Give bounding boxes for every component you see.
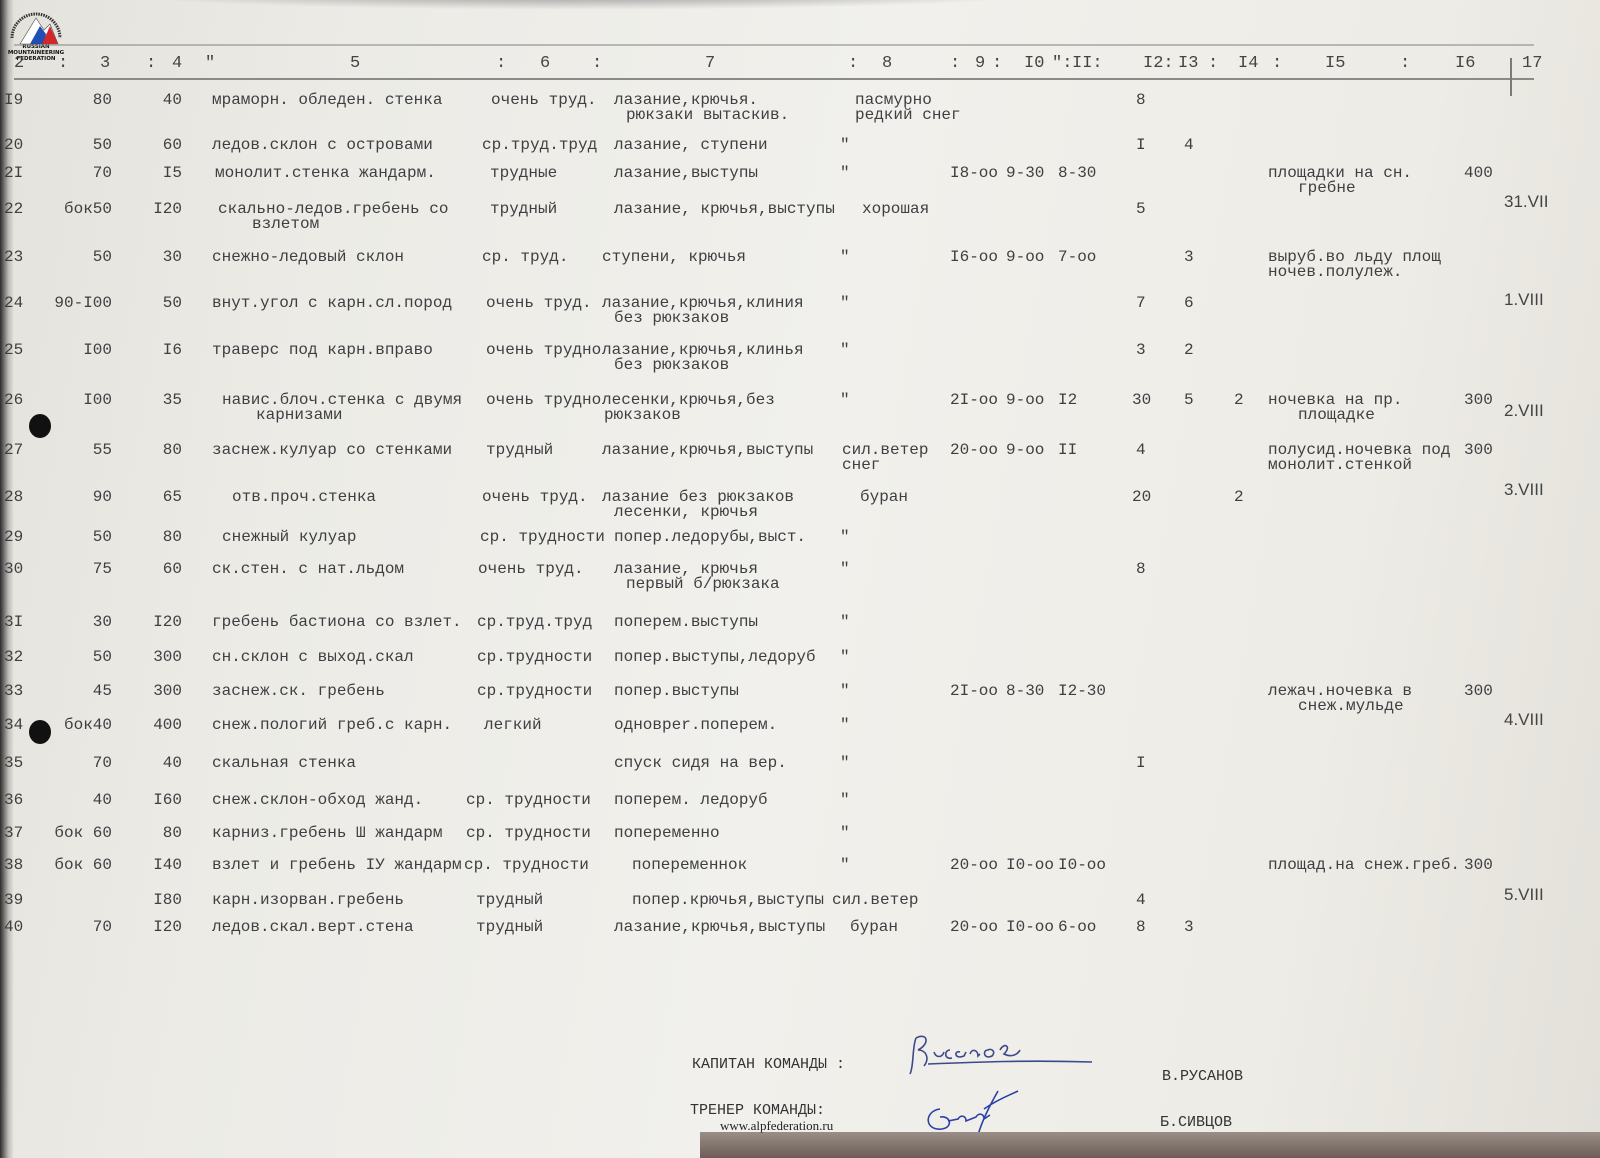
weather: " bbox=[840, 166, 850, 181]
difficulty: очень труд. bbox=[486, 296, 592, 311]
column-number: I0 bbox=[1024, 54, 1044, 73]
column-number: 9 bbox=[975, 54, 985, 73]
technique: поперем.выступы bbox=[614, 615, 758, 630]
weather: " bbox=[840, 343, 850, 358]
pitch-length: 40 bbox=[163, 93, 182, 108]
terrain-description: взлетом bbox=[252, 217, 319, 232]
row-number: 40 bbox=[4, 920, 23, 935]
terrain-description: карн.изорван.гребень bbox=[212, 893, 404, 908]
weather: снег bbox=[842, 458, 880, 473]
row-number: 29 bbox=[4, 530, 23, 545]
day-date: 2.VIII bbox=[1504, 401, 1544, 421]
pitons-rock: 5 bbox=[1136, 202, 1146, 217]
pitons-rock: 4 bbox=[1136, 443, 1146, 458]
difficulty: трудный bbox=[476, 920, 543, 935]
pitch-angle: 50 bbox=[93, 138, 112, 153]
row-number: 27 bbox=[4, 443, 23, 458]
pitch-angle: бок 60 bbox=[54, 858, 112, 873]
difficulty: очень труд. bbox=[482, 490, 588, 505]
pitons-rock: 3 bbox=[1136, 343, 1146, 358]
walking-hours: I2-30 bbox=[1058, 684, 1106, 699]
technique: лесенки, крючья bbox=[614, 505, 758, 520]
pitons-rock: I bbox=[1136, 138, 1146, 153]
technique: лазание, крючья,выступы bbox=[614, 202, 835, 217]
row-number: 25 bbox=[4, 343, 23, 358]
technique: ступени, крючья bbox=[602, 250, 746, 265]
weather: " bbox=[840, 562, 850, 577]
technique: первый б/рюкзака bbox=[626, 577, 780, 592]
weather: буран bbox=[850, 920, 898, 935]
day-date: 3.VIII bbox=[1504, 480, 1544, 500]
difficulty: ср. трудности bbox=[464, 858, 589, 873]
pitch-length: I20 bbox=[153, 920, 182, 935]
pitons-rock: 8 bbox=[1136, 920, 1146, 935]
terrain-description: ледов.скал.верт.стена bbox=[212, 920, 414, 935]
pitch-length: 40 bbox=[163, 756, 182, 771]
day-date: 31.VII bbox=[1504, 192, 1548, 212]
difficulty: очень труд. bbox=[491, 93, 597, 108]
column-number: 3 bbox=[100, 54, 110, 73]
technique: попер.выступы bbox=[614, 684, 739, 699]
column-number: 7 bbox=[705, 54, 715, 73]
column-number: I2: bbox=[1143, 54, 1174, 73]
technique: поперем. ледоруб bbox=[614, 793, 768, 808]
technique: без рюкзаков bbox=[614, 358, 729, 373]
pitons-ice: 3 bbox=[1184, 920, 1194, 935]
bivouac-note: ночев.полулеж. bbox=[1268, 265, 1402, 280]
bivouac-note: монолит.стенкой bbox=[1268, 458, 1412, 473]
end-time: 9-оо bbox=[1006, 393, 1044, 408]
difficulty: очень трудно bbox=[486, 393, 601, 408]
pitch-angle: 70 bbox=[93, 756, 112, 771]
bivouac-altitude: 300 bbox=[1464, 684, 1493, 699]
pitch-length: 400 bbox=[153, 718, 182, 733]
bivouac-note: площад.на снеж.греб. bbox=[1268, 858, 1460, 873]
header-bottom-rule bbox=[14, 78, 1534, 80]
pitch-angle: бок50 bbox=[64, 202, 112, 217]
pitch-angle: I00 bbox=[83, 343, 112, 358]
scan-shadow bbox=[80, 0, 1080, 10]
column-separator: : bbox=[992, 54, 1002, 73]
weather: " bbox=[840, 530, 850, 545]
row-number: 33 bbox=[4, 684, 23, 699]
pitch-angle: 70 bbox=[93, 166, 112, 181]
column-separator: : bbox=[1400, 54, 1410, 73]
weather: буран bbox=[860, 490, 908, 505]
weather: хорошая bbox=[862, 202, 929, 217]
column-separator: : bbox=[1208, 54, 1218, 73]
difficulty: легкий bbox=[484, 718, 542, 733]
start-time: 20-оо bbox=[950, 920, 998, 935]
column-number: I6 bbox=[1455, 54, 1475, 73]
technique: попер.ледорубы,выст. bbox=[614, 530, 806, 545]
technique: попер.выступы,ледоруб bbox=[614, 650, 816, 665]
technique: лазание,крючья,выступы bbox=[614, 920, 825, 935]
pitch-angle: бок40 bbox=[64, 718, 112, 733]
bivouac-note: площадке bbox=[1298, 408, 1375, 423]
pitch-length: 80 bbox=[163, 826, 182, 841]
terrain-description: гребень бастиона со взлет. bbox=[212, 615, 462, 630]
pitons-rock: 7 bbox=[1136, 296, 1146, 311]
difficulty: трудные bbox=[490, 166, 557, 181]
technique: без рюкзаков bbox=[614, 311, 729, 326]
row-number: 23 bbox=[4, 250, 23, 265]
pitons-rock: 8 bbox=[1136, 93, 1146, 108]
binder-hole bbox=[29, 720, 51, 744]
row-number: 28 bbox=[4, 490, 23, 505]
pitons-ice: 3 bbox=[1184, 250, 1194, 265]
column-separator: : bbox=[1272, 54, 1282, 73]
scan-bottom-edge bbox=[700, 1132, 1600, 1158]
weather: " bbox=[840, 615, 850, 630]
pitch-angle: I00 bbox=[83, 393, 112, 408]
difficulty: трудный bbox=[486, 443, 553, 458]
bivouac-altitude: 300 bbox=[1464, 858, 1493, 873]
row-number: 22 bbox=[4, 202, 23, 217]
day-date: 5.VIII bbox=[1504, 885, 1544, 905]
column-separator: : bbox=[58, 54, 68, 73]
pitons-rock: 20 bbox=[1132, 490, 1151, 505]
terrain-description: ск.стен. с нат.льдом bbox=[212, 562, 404, 577]
difficulty: ср. труд. bbox=[482, 250, 568, 265]
weather: " bbox=[840, 650, 850, 665]
terrain-description: снежно-ледовый склон bbox=[212, 250, 404, 265]
pitch-angle: 50 bbox=[93, 530, 112, 545]
difficulty: ср.труд.труд bbox=[477, 615, 592, 630]
pitons-rock: I bbox=[1136, 756, 1146, 771]
terrain-description: снеж.пологий греб.с карн. bbox=[212, 718, 452, 733]
technique: лазание, ступени bbox=[614, 138, 768, 153]
end-time: 9-оо bbox=[1006, 250, 1044, 265]
pitch-length: 60 bbox=[163, 562, 182, 577]
pitch-angle: бок 60 bbox=[54, 826, 112, 841]
terrain-description: снеж.склон-обход жанд. bbox=[212, 793, 423, 808]
technique: рюкзаков bbox=[604, 408, 681, 423]
pitch-length: 65 bbox=[163, 490, 182, 505]
weather: редкий снег bbox=[855, 108, 961, 123]
column-number: II: bbox=[1072, 54, 1103, 73]
column-17-divider bbox=[1510, 58, 1512, 96]
column-number: 8 bbox=[882, 54, 892, 73]
weather: " bbox=[840, 138, 850, 153]
terrain-description: заснеж.кулуар со стенками bbox=[212, 443, 452, 458]
row-number: I9 bbox=[4, 93, 23, 108]
row-number: 26 bbox=[4, 393, 23, 408]
terrain-description: траверс под карн.вправо bbox=[212, 343, 433, 358]
pitch-angle: 40 bbox=[93, 793, 112, 808]
pitch-angle: 55 bbox=[93, 443, 112, 458]
end-time: 8-30 bbox=[1006, 684, 1044, 699]
terrain-description: мраморн. обледен. стенка bbox=[212, 93, 442, 108]
weather: " bbox=[840, 718, 850, 733]
column-number: I3 bbox=[1178, 54, 1198, 73]
column-separator: : bbox=[496, 54, 506, 73]
end-time: 9-30 bbox=[1006, 166, 1044, 181]
weather: " bbox=[840, 756, 850, 771]
row-number: 34 bbox=[4, 718, 23, 733]
start-time: 20-оо bbox=[950, 443, 998, 458]
row-number: 32 bbox=[4, 650, 23, 665]
pitch-angle: 30 bbox=[93, 615, 112, 630]
pitch-length: 300 bbox=[153, 650, 182, 665]
terrain-description: ледов.склон с островами bbox=[212, 138, 433, 153]
terrain-description: скальная стенка bbox=[212, 756, 356, 771]
difficulty: ср.трудности bbox=[477, 684, 592, 699]
technique: лазание,крючья,выступы bbox=[602, 443, 813, 458]
pitch-angle: 70 bbox=[93, 920, 112, 935]
column-separator: : bbox=[950, 54, 960, 73]
column-number: 5 bbox=[350, 54, 360, 73]
terrain-description: карниз.гребень Ш жандарм bbox=[212, 826, 442, 841]
column-number: 2 bbox=[14, 54, 24, 73]
difficulty: очень труд. bbox=[478, 562, 584, 577]
pitch-angle: 90 bbox=[93, 490, 112, 505]
pitons-ice: 5 bbox=[1184, 393, 1194, 408]
pitch-length: 35 bbox=[163, 393, 182, 408]
terrain-description: взлет и гребень IУ жандарм bbox=[212, 858, 462, 873]
column-separator: : bbox=[592, 54, 602, 73]
start-time: 2I-оо bbox=[950, 393, 998, 408]
column-number: 4 bbox=[172, 54, 182, 73]
column-separator: ": bbox=[1052, 54, 1072, 73]
weather: " bbox=[840, 296, 850, 311]
weather: " bbox=[840, 393, 850, 408]
pitons-ice: 6 bbox=[1184, 296, 1194, 311]
walking-hours: 6-оо bbox=[1058, 920, 1096, 935]
bivouac-note: гребне bbox=[1298, 181, 1356, 196]
row-number: 2I bbox=[4, 166, 23, 181]
column-separator: " bbox=[205, 54, 215, 73]
end-time: I0-оо bbox=[1006, 920, 1054, 935]
terrain-description: внут.угол с карн.сл.пород bbox=[212, 296, 452, 311]
difficulty: ср.трудности bbox=[477, 650, 592, 665]
pitch-angle: 50 bbox=[93, 250, 112, 265]
difficulty: ср.труд.труд bbox=[482, 138, 597, 153]
row-number: 35 bbox=[4, 756, 23, 771]
pitons-ice: 2 bbox=[1184, 343, 1194, 358]
walking-hours: 8-30 bbox=[1058, 166, 1096, 181]
technique: спуск сидя на вер. bbox=[614, 756, 787, 771]
captain-name: В.РУСАНОВ bbox=[1162, 1068, 1243, 1085]
bivouac-altitude: 300 bbox=[1464, 393, 1493, 408]
pitch-angle: 75 bbox=[93, 562, 112, 577]
start-time: 2I-оо bbox=[950, 684, 998, 699]
captain-label: КАПИТАН КОМАНДЫ : bbox=[692, 1056, 845, 1073]
end-time: I0-оо bbox=[1006, 858, 1054, 873]
difficulty: трудный bbox=[476, 893, 543, 908]
pitch-length: I20 bbox=[153, 615, 182, 630]
bolts: 2 bbox=[1234, 393, 1244, 408]
difficulty: ср. трудности bbox=[480, 530, 605, 545]
weather: " bbox=[840, 858, 850, 873]
column-separator: : bbox=[848, 54, 858, 73]
pitch-length: I5 bbox=[163, 166, 182, 181]
technique: попер.крючья,выступы bbox=[632, 893, 824, 908]
trainer-label: ТРЕНЕР КОМАНДЫ: bbox=[690, 1102, 825, 1119]
weather: " bbox=[840, 684, 850, 699]
header-top-rule bbox=[14, 44, 1534, 46]
difficulty: трудный bbox=[490, 202, 557, 217]
pitch-length: 60 bbox=[163, 138, 182, 153]
pitch-angle: 80 bbox=[93, 93, 112, 108]
walking-hours: I2 bbox=[1058, 393, 1077, 408]
pitch-length: I20 bbox=[153, 202, 182, 217]
technique: попеременно bbox=[614, 826, 720, 841]
pitch-length: I80 bbox=[153, 893, 182, 908]
start-time: 20-оо bbox=[950, 858, 998, 873]
pitons-rock: 4 bbox=[1136, 893, 1146, 908]
terrain-description: заснеж.ск. гребень bbox=[212, 684, 385, 699]
row-number: 3I bbox=[4, 615, 23, 630]
row-number: 30 bbox=[4, 562, 23, 577]
terrain-description: отв.проч.стенка bbox=[232, 490, 376, 505]
pitch-angle: 45 bbox=[93, 684, 112, 699]
row-number: 37 bbox=[4, 826, 23, 841]
bolts: 2 bbox=[1234, 490, 1244, 505]
column-separator: : bbox=[146, 54, 156, 73]
bivouac-note: снеж.мульде bbox=[1298, 699, 1404, 714]
row-number: 36 bbox=[4, 793, 23, 808]
row-number: 20 bbox=[4, 138, 23, 153]
start-time: I8-оо bbox=[950, 166, 998, 181]
row-number: 38 bbox=[4, 858, 23, 873]
weather: " bbox=[840, 793, 850, 808]
technique: одновper.поперем. bbox=[614, 718, 777, 733]
pitch-length: 300 bbox=[153, 684, 182, 699]
bivouac-altitude: 300 bbox=[1464, 443, 1493, 458]
terrain-description: снежный кулуар bbox=[222, 530, 356, 545]
row-number: 39 bbox=[4, 893, 23, 908]
pitch-length: 30 bbox=[163, 250, 182, 265]
weather: " bbox=[840, 826, 850, 841]
day-date: 1.VIII bbox=[1504, 290, 1544, 310]
pitons-rock: 8 bbox=[1136, 562, 1146, 577]
pitons-ice: 4 bbox=[1184, 138, 1194, 153]
binder-hole bbox=[29, 414, 51, 438]
column-number: 6 bbox=[540, 54, 550, 73]
pitch-length: I60 bbox=[153, 793, 182, 808]
pitch-length: I6 bbox=[163, 343, 182, 358]
walking-hours: 7-оо bbox=[1058, 250, 1096, 265]
row-number: 24 bbox=[4, 296, 23, 311]
start-time: I6-оо bbox=[950, 250, 998, 265]
weather: сил.ветер bbox=[832, 893, 918, 908]
difficulty: ср. трудности bbox=[466, 826, 591, 841]
captain-signature-icon bbox=[908, 1028, 1098, 1078]
column-number: I5 bbox=[1325, 54, 1345, 73]
terrain-description: карнизами bbox=[256, 408, 342, 423]
difficulty: ср. трудности bbox=[466, 793, 591, 808]
bivouac-altitude: 400 bbox=[1464, 166, 1493, 181]
pitch-length: 80 bbox=[163, 530, 182, 545]
column-number: I4 bbox=[1238, 54, 1258, 73]
pitch-length: 80 bbox=[163, 443, 182, 458]
difficulty: очень трудно bbox=[486, 343, 601, 358]
column-number: 17 bbox=[1522, 54, 1542, 73]
footer-url[interactable]: www.alpfederation.ru bbox=[720, 1118, 833, 1134]
walking-hours: I0-оо bbox=[1058, 858, 1106, 873]
pitch-length: I40 bbox=[153, 858, 182, 873]
day-date: 4.VIII bbox=[1504, 710, 1544, 730]
pitons-rock: 30 bbox=[1132, 393, 1151, 408]
technique: попеременнок bbox=[632, 858, 747, 873]
terrain-description: монолит.стенка жандарм. bbox=[215, 166, 436, 181]
pitch-angle: 90-I00 bbox=[54, 296, 112, 311]
end-time: 9-оо bbox=[1006, 443, 1044, 458]
trainer-name: Б.СИВЦОВ bbox=[1160, 1114, 1232, 1131]
technique: рюкзаки вытаскив. bbox=[626, 108, 789, 123]
pitch-length: 50 bbox=[163, 296, 182, 311]
terrain-description: сн.склон с выход.скал bbox=[212, 650, 414, 665]
weather: " bbox=[840, 250, 850, 265]
pitch-angle: 50 bbox=[93, 650, 112, 665]
walking-hours: II bbox=[1058, 443, 1077, 458]
technique: лазание,выступы bbox=[614, 166, 758, 181]
